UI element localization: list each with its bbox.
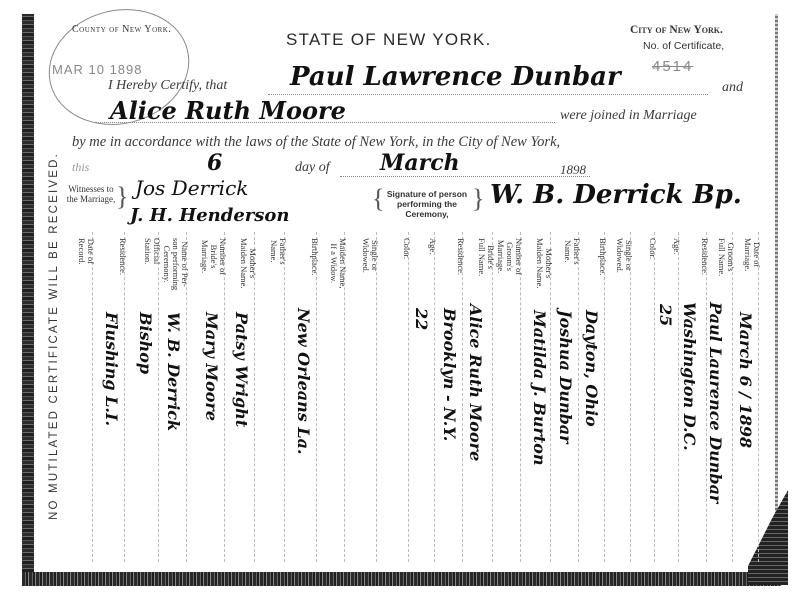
officiant-signature: W. B. Derrick Bp.: [490, 180, 742, 210]
date-mid: day of: [295, 160, 330, 176]
col-bride-birthplace: Birthplace. New Orleans La.: [316, 232, 317, 562]
month-dotted-line: [340, 176, 590, 177]
law-line: by me in accordance with the laws of the…: [72, 134, 560, 151]
scan-border-left: [22, 14, 34, 584]
marriage-certificate: NO MUTILATED CERTIFICATE WILL BE RECEIVE…: [0, 0, 800, 600]
col-groom-birthplace: Birthplace. Dayton, Ohio: [604, 232, 605, 562]
col-officiant-residence: Residence. Flushing L.I.: [124, 232, 125, 562]
col-bride-mother: Mother's Maiden Name. Patsy Wright: [254, 232, 255, 562]
groom-name-handwritten: Paul Lawrence Dunbar: [290, 62, 621, 92]
col-groom-marriage-number: Number of Groom's Marriage.: [520, 232, 521, 562]
col-groom-full-name: Groom's Full Name. Paul Laurence Dunbar: [732, 232, 733, 562]
col-bride-age: Age. 22: [434, 232, 435, 562]
col-groom-father: Father's Name. Joshua Dunbar: [578, 232, 579, 562]
bride-name-handwritten: Alice Ruth Moore: [110, 96, 346, 125]
witness-brace: }: [116, 182, 128, 212]
col-groom-color: Color.: [654, 232, 655, 562]
col-officiant-name: Name of Per- son performing Ceremony. W.…: [186, 232, 187, 562]
groom-dotted-line: [268, 94, 708, 95]
officiant-brace-right: }: [472, 184, 484, 214]
col-bride-marriage-number: Number of Bride's Marriage. Mary Moore: [224, 232, 225, 562]
city-label: City of New York.: [630, 24, 723, 36]
col-groom-single-widowed: Single or Widowed.: [630, 232, 631, 562]
witness-2-signature: J. H. Henderson: [130, 205, 290, 226]
page-title: STATE OF NEW YORK.: [286, 30, 492, 50]
col-bride-color: Color.: [408, 232, 409, 562]
col-date-of-record: Date of Record.: [92, 232, 93, 562]
witness-1-signature: Jos Derrick: [135, 176, 248, 200]
col-bride-single-widowed: Single or Widowed.: [376, 232, 377, 562]
day-handwritten: 6: [207, 150, 222, 176]
col-groom-age: Age. 25: [678, 232, 679, 562]
certify-prefix: I Hereby Certify, that: [108, 78, 227, 94]
col-bride-maiden-name: Maiden Name, If a Widow.: [344, 232, 345, 562]
witnesses-label: Witnesses to the Marriage,: [66, 184, 116, 204]
col-bride-full-name: Bride's Full Name. Alice Ruth Moore: [492, 232, 493, 562]
scan-border-bottom: [22, 572, 782, 586]
col-date-of-marriage: Date of Marriage. March 6 / 1898: [758, 232, 759, 562]
col-groom-residence: Residence. Washington D.C.: [706, 232, 707, 562]
certify-suffix: and: [722, 80, 743, 96]
scan-border-right: [775, 14, 778, 574]
col-groom-mother: Mother's Maiden Name. Matilda J. Burton: [550, 232, 551, 562]
col-official-station: Official Station. Bishop: [158, 232, 159, 562]
stamp-county: County of New York.: [72, 24, 171, 35]
stamp-date: MAR 10 1898: [52, 62, 143, 77]
certificate-number: 4514: [652, 58, 693, 75]
month-handwritten: March: [380, 150, 460, 176]
officiant-label: Signature of person performing the Cerem…: [383, 189, 471, 219]
registry-columns: Date of Marriage. March 6 / 1898 Groom's…: [58, 232, 768, 562]
col-bride-father: Father's Name.: [284, 232, 285, 562]
col-bride-residence: Residence. Brooklyn - N.Y.: [462, 232, 463, 562]
date-prefix: this: [72, 160, 89, 175]
certificate-label: No. of Certificate,: [643, 40, 724, 52]
bride-suffix: were joined in Marriage: [560, 108, 697, 124]
year: 1898: [560, 162, 586, 178]
